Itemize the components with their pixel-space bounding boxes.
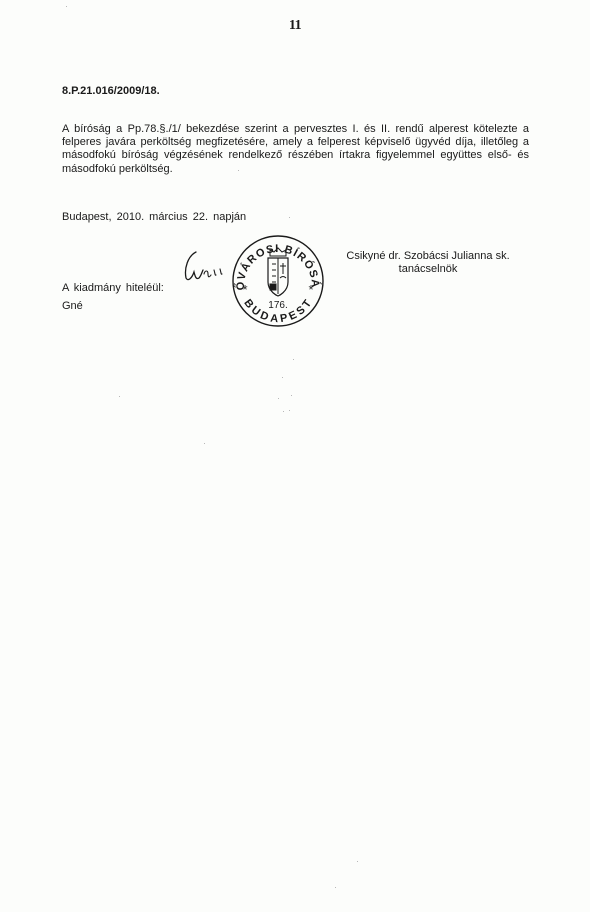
scan-speck bbox=[357, 861, 358, 862]
scan-speck bbox=[289, 410, 290, 411]
scan-speck bbox=[335, 887, 336, 888]
stamp-star-left: * bbox=[242, 282, 247, 297]
certification-label: A kiadmány hiteléül: bbox=[62, 282, 164, 294]
body-paragraph: A bíróság a Pp.78.§./1/ bekezdése szerin… bbox=[62, 123, 529, 176]
signatory-name: Csikyné dr. Szobácsi Julianna sk. bbox=[338, 250, 518, 263]
scan-speck bbox=[204, 443, 205, 444]
scan-speck bbox=[289, 217, 290, 218]
court-stamp: FŐVÁROSI BÍRÓSÁG BUDAPEST * * 176. bbox=[230, 234, 326, 333]
body-line: másodfokú perköltség. bbox=[62, 163, 529, 176]
scan-speck bbox=[119, 396, 120, 397]
scan-speck bbox=[282, 377, 283, 378]
stamp-number: 176. bbox=[268, 300, 287, 311]
scan-speck bbox=[293, 359, 294, 360]
signatory-block: Csikyné dr. Szobácsi Julianna sk. tanács… bbox=[338, 250, 518, 276]
body-line: felperes javára perköltség megfizetésére… bbox=[62, 136, 529, 149]
scan-speck bbox=[283, 411, 284, 412]
certifier-name: Gné bbox=[62, 300, 83, 312]
scan-speck bbox=[66, 6, 67, 7]
body-line: másodfokú bíróság végzésének rendelkező … bbox=[62, 149, 529, 162]
scan-speck bbox=[291, 395, 292, 396]
date-line: Budapest, 2010. március 22. napján bbox=[62, 211, 246, 223]
body-line: A bíróság a Pp.78.§./1/ bekezdése szerin… bbox=[62, 123, 529, 136]
signature-icon bbox=[182, 248, 228, 289]
signatory-title: tanácselnök bbox=[338, 263, 518, 276]
scan-speck bbox=[278, 398, 279, 399]
page-number: 11 bbox=[0, 18, 590, 34]
case-number: 8.P.21.016/2009/18. bbox=[62, 85, 160, 97]
stamp-star-right: * bbox=[308, 282, 313, 297]
